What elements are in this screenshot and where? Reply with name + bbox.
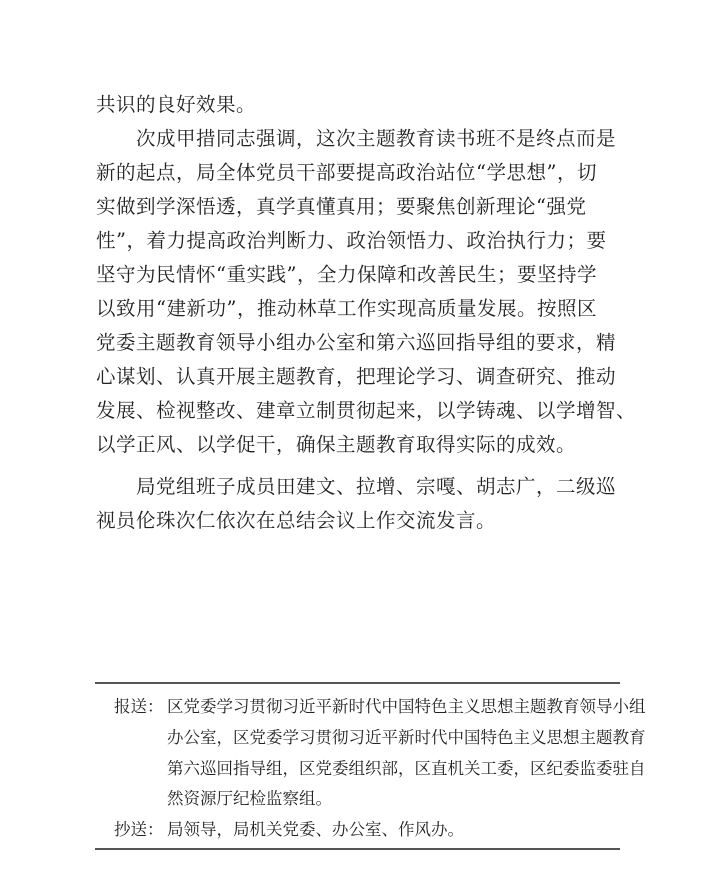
body-line: 坚守为民情怀“重实践”，全力保障和改善民生；要坚持学: [96, 258, 618, 292]
body-line: 发展、检视整改、建章立制贯彻起来，以学铸魂、以学增智、: [96, 394, 618, 428]
report-to-line: 然资源厅纪检监察组。: [167, 784, 624, 815]
footer-top-rule: [95, 682, 620, 684]
body-line: 以学正风、以学促干，确保主题教育取得实际的成效。: [96, 428, 618, 462]
distribution-footer: 报送： 区党委学习贯彻习近平新时代中国特色主义思想主题教育领导小组 办公室，区党…: [114, 692, 624, 846]
body-line: 新的起点，局全体党员干部要提高政治站位“学思想”，切: [96, 156, 618, 190]
report-to-row: 办公室，区党委学习贯彻习近平新时代中国特色主义思想主题教育: [114, 723, 624, 754]
copy-to-row: 抄送： 局领导，局机关党委、办公室、作风办。: [114, 815, 624, 846]
copy-to-label: 抄送：: [114, 815, 167, 846]
report-to-label: 报送：: [114, 692, 167, 723]
report-to-line: 第六巡回指导组，区党委组织部，区直机关工委，区纪委监委驻自: [167, 754, 646, 785]
body-line: 党委主题教育领导小组办公室和第六巡回指导组的要求，精: [96, 326, 618, 360]
report-to-line: 办公室，区党委学习贯彻习近平新时代中国特色主义思想主题教育: [167, 723, 646, 754]
body-line: 实做到学深悟透，真学真懂真用；要聚焦创新理论“强党: [96, 190, 618, 224]
report-to-row: 第六巡回指导组，区党委组织部，区直机关工委，区纪委监委驻自: [114, 754, 624, 785]
report-to-row: 然资源厅纪检监察组。: [114, 784, 624, 815]
copy-to-line: 局领导，局机关党委、办公室、作风办。: [167, 815, 624, 846]
body-line: 以致用“建新功”，推动林草工作实现高质量发展。按照区: [96, 292, 618, 326]
body-line: 次成甲措同志强调，这次主题教育读书班不是终点而是: [96, 122, 618, 156]
paragraph-gap: [96, 462, 618, 470]
footer-bottom-rule: [95, 848, 620, 850]
document-body: 共识的良好效果。 次成甲措同志强调，这次主题教育读书班不是终点而是 新的起点，局…: [96, 88, 618, 538]
report-to-line: 区党委学习贯彻习近平新时代中国特色主义思想主题教育领导小组: [167, 692, 646, 723]
closing-line: 视员伦珠次仁依次在总结会议上作交流发言。: [96, 504, 618, 538]
closing-line: 局党组班子成员田建文、拉增、宗嘎、胡志广，二级巡: [96, 470, 618, 504]
body-line: 共识的良好效果。: [96, 88, 618, 122]
body-line: 性”，着力提高政治判断力、政治领悟力、政治执行力；要: [96, 224, 618, 258]
body-line: 心谋划、认真开展主题教育，把理论学习、调查研究、推动: [96, 360, 618, 394]
report-to-row: 报送： 区党委学习贯彻习近平新时代中国特色主义思想主题教育领导小组: [114, 692, 624, 723]
